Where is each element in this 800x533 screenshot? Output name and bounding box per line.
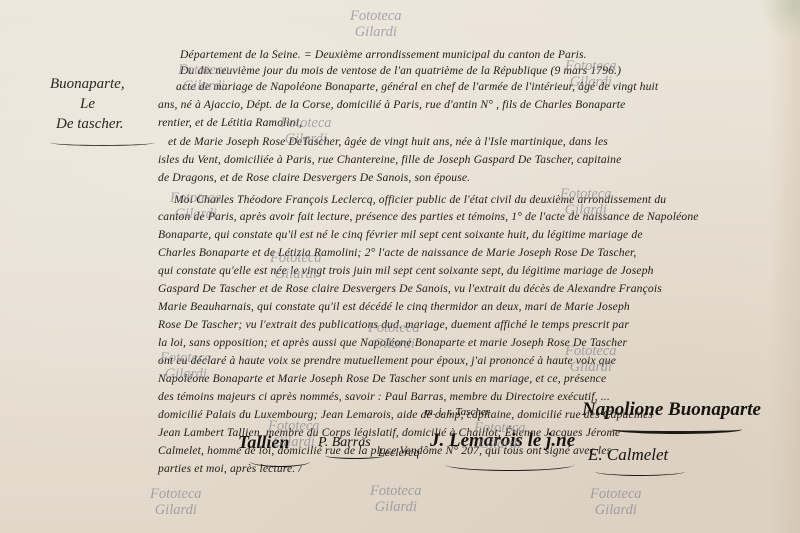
watermark: FototecaGilardi [474, 420, 526, 452]
watermark: FototecaGilardi [170, 190, 222, 222]
watermark: FototecaGilardi [590, 486, 642, 518]
text-line: Bonaparte, qui constate qu'il est né le … [158, 228, 643, 241]
text-line: Département de la Seine. = Deuxième arro… [180, 48, 587, 61]
watermark: FototecaGilardi [160, 350, 212, 382]
text-line: isles du Vent, domiciliée à Paris, rue C… [158, 153, 621, 166]
signature-tallien-flourish [250, 456, 310, 467]
watermark: FototecaGilardi [370, 483, 422, 515]
page-edge-shadow [770, 0, 800, 533]
watermark: FototecaGilardi [350, 8, 402, 40]
margin-flourish [50, 139, 155, 146]
text-line: Marie Beauharnais, qui constate qu'il es… [158, 300, 630, 313]
signature-lemarois-flourish [445, 458, 575, 471]
text-line: de Dragons, et de Rose claire Desvergers… [158, 171, 470, 184]
signature-napoleon: Napolione Buonaparte [582, 399, 761, 421]
text-line: domicilié Palais du Luxembourg; Jean Lem… [158, 408, 653, 421]
margin-line-1: Buonaparte, [50, 74, 160, 94]
signature-calmelet: E. Calmelet [588, 445, 668, 465]
text-line: Charles Bonaparte et de Létizia Ramolini… [158, 246, 636, 259]
watermark: FototecaGilardi [150, 486, 202, 518]
text-line: qui constate qu'elle est née le vingt tr… [158, 264, 654, 277]
watermark: FototecaGilardi [280, 115, 332, 147]
text-line: canton de Paris, après avoir fait lectur… [158, 210, 699, 223]
text-line: Gaspard De Tascher et de Rose claire Des… [158, 282, 662, 295]
watermark: FototecaGilardi [178, 62, 230, 94]
signature-barras: P. Barras [318, 435, 371, 451]
watermark: FototecaGilardi [565, 343, 617, 375]
text-line: Du dix neuvième jour du mois de ventose … [180, 64, 621, 77]
watermark: FototecaGilardi [565, 58, 617, 90]
watermark: FototecaGilardi [270, 250, 322, 282]
watermark: FototecaGilardi [368, 320, 420, 352]
signature-barras-flourish [325, 452, 385, 459]
document-page: Buonaparte, Le De tascher. Département d… [0, 0, 800, 533]
signature-napoleon-underline [612, 425, 742, 434]
text-line: Napoléone Bonaparte et Marie Joseph Rose… [158, 372, 606, 385]
text-line: ans, né à Ajaccio, Dépt. de la Corse, do… [158, 98, 625, 111]
text-line: ont eu déclaré à haute voix se prendre m… [158, 354, 616, 367]
signature-leclercq: Leclercq [378, 445, 420, 460]
watermark: FototecaGilardi [268, 418, 320, 450]
margin-line-2: Le [50, 94, 160, 114]
margin-line-3: De tascher. [50, 114, 160, 134]
signature-tascher: m. j. r. Tascher [425, 406, 490, 418]
signature-calmelet-flourish [595, 467, 685, 476]
text-line: des témoins majeurs ci après nommés, sav… [158, 390, 610, 403]
watermark: FototecaGilardi [560, 186, 612, 218]
margin-annotation: Buonaparte, Le De tascher. [50, 74, 160, 134]
text-line: et de Marie Joseph Rose DeTascher, âgée … [168, 135, 608, 148]
